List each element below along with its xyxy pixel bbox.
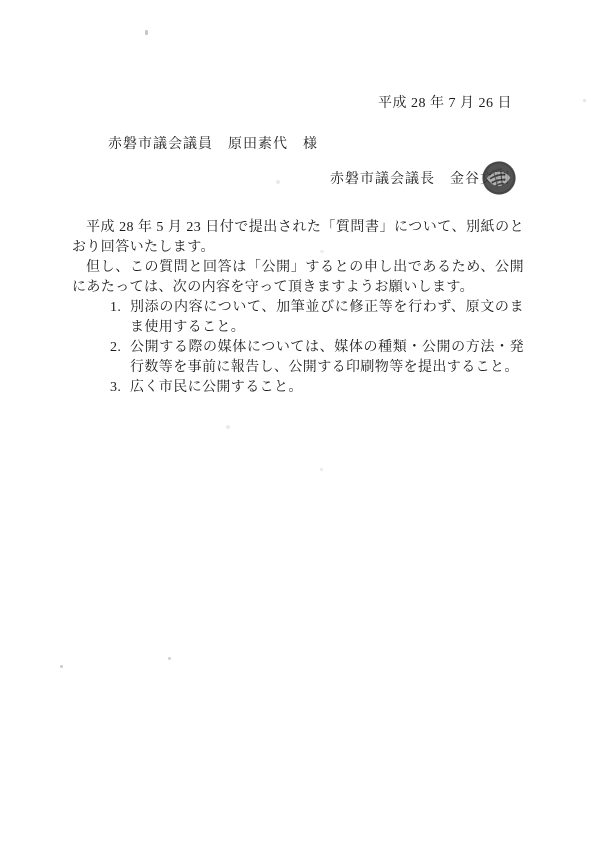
list-item-number: 3. — [110, 378, 121, 398]
list-item-text: 公開する際の媒体については、媒体の種類・公開の方法・発行数等を事前に報告し、公開… — [130, 340, 524, 375]
scan-speck — [226, 425, 230, 429]
conditions-list: 1. 別添の内容について、加筆並びに修正等を行わず、原文のまま使用すること。 2… — [72, 298, 524, 398]
list-item: 3. 広く市民に公開すること。 — [72, 378, 524, 398]
list-item-text: 広く市民に公開すること。 — [130, 380, 303, 395]
scan-speck — [60, 665, 63, 668]
seal-stamp-icon — [481, 160, 517, 196]
scan-speck — [320, 250, 324, 253]
list-item: 2. 公開する際の媒体については、媒体の種類・公開の方法・発行数等を事前に報告し… — [72, 338, 524, 378]
scan-speck — [276, 180, 280, 184]
scan-speck — [168, 657, 171, 660]
list-item: 1. 別添の内容について、加筆並びに修正等を行わず、原文のまま使用すること。 — [72, 298, 524, 338]
date-line: 平成 28 年 7 月 26 日 — [378, 92, 512, 112]
scanned-letter-page: 平成 28 年 7 月 26 日 赤磐市議会議員 原田素代 様 赤磐市議会議長 … — [0, 0, 595, 842]
addressee-line: 赤磐市議会議員 原田素代 様 — [108, 133, 318, 153]
scan-speck — [320, 468, 323, 471]
list-item-number: 1. — [110, 298, 121, 318]
list-item-number: 2. — [110, 338, 121, 358]
body-paragraph-2: 但し、この質問と回答は「公開」するとの申し出であるため、公開にあたっては、次の内… — [72, 258, 524, 298]
scan-speck — [145, 30, 148, 35]
list-item-text: 別添の内容について、加筆並びに修正等を行わず、原文のまま使用すること。 — [130, 300, 524, 335]
scan-speck — [583, 99, 586, 102]
body-paragraph-1: 平成 28 年 5 月 23 日付で提出された「質問書」について、別紙のとおり回… — [72, 218, 524, 258]
letter-body: 平成 28 年 5 月 23 日付で提出された「質問書」について、別紙のとおり回… — [72, 218, 524, 398]
